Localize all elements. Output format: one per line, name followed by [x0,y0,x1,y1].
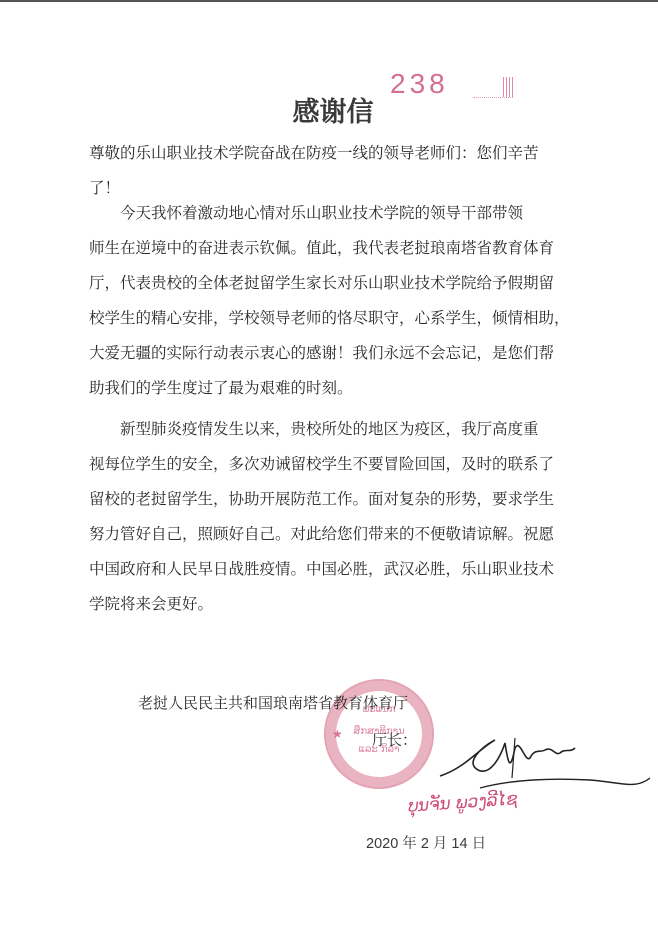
paragraph-line: 厅，代表贵校的全体老挝留学生家长对乐山职业技术学院给予假期留 [89,266,519,301]
salutation-line: 尊敬的乐山职业技术学院奋战在防疫一线的领导老师们：您们辛苦 [89,136,519,171]
handwritten-signature [420,718,658,798]
paragraph-line: 留校的老挝留学生，协助开展防范工作。面对复杂的形势，要求学生 [89,482,519,517]
star-icon: ★ [332,727,343,741]
top-border [0,0,658,2]
paragraph-line: 学院将来会更好。 [89,587,519,622]
paragraph-2: 新型肺炎疫情发生以来，贵校所处的地区为疫区，我厅高度重 视每位学生的安全，多次劝… [89,412,519,622]
paragraph-line: 助我们的学生度过了最为艰难的时刻。 [89,371,519,406]
paragraph-line: 师生在逆境中的奋进表示钦佩。值此，我代表老挝琅南塔省教育体育 [89,231,519,266]
paragraph-line: 今天我怀着激动地心情对乐山职业技术学院的领导干部带领 [89,196,519,231]
director-label: 厅长： [372,729,417,750]
paragraph-line: 中国政府和人民早日战胜疫情。中国必胜，武汉必胜，乐山职业技术 [89,552,519,587]
signoff-organization: 老挝人民民主共和国琅南塔省教育体育厅 [138,692,408,713]
letter-date: 2020 年 2 月 14 日 [366,832,486,853]
paragraph-line: 校学生的精心安排，学校领导老师的恪尽职守，心系学生，倾情相助， [89,301,519,336]
paragraph-line: 努力管好自己，照顾好自己。对此给您们带来的不便敬请谅解。祝愿 [89,517,519,552]
paragraph-line: 视每位学生的安全，多次劝诫留校学生不要冒险回国，及时的联系了 [89,447,519,482]
paragraph-line: 大爱无疆的实际行动表示衷心的感谢！我们永远不会忘记，是您们帮 [89,336,519,371]
letter-title: 感谢信 [0,90,658,129]
paragraph-1: 今天我怀着激动地心情对乐山职业技术学院的领导干部带领 师生在逆境中的奋进表示钦佩… [89,196,519,406]
paragraph-line: 新型肺炎疫情发生以来，贵校所处的地区为疫区，我厅高度重 [89,412,519,447]
